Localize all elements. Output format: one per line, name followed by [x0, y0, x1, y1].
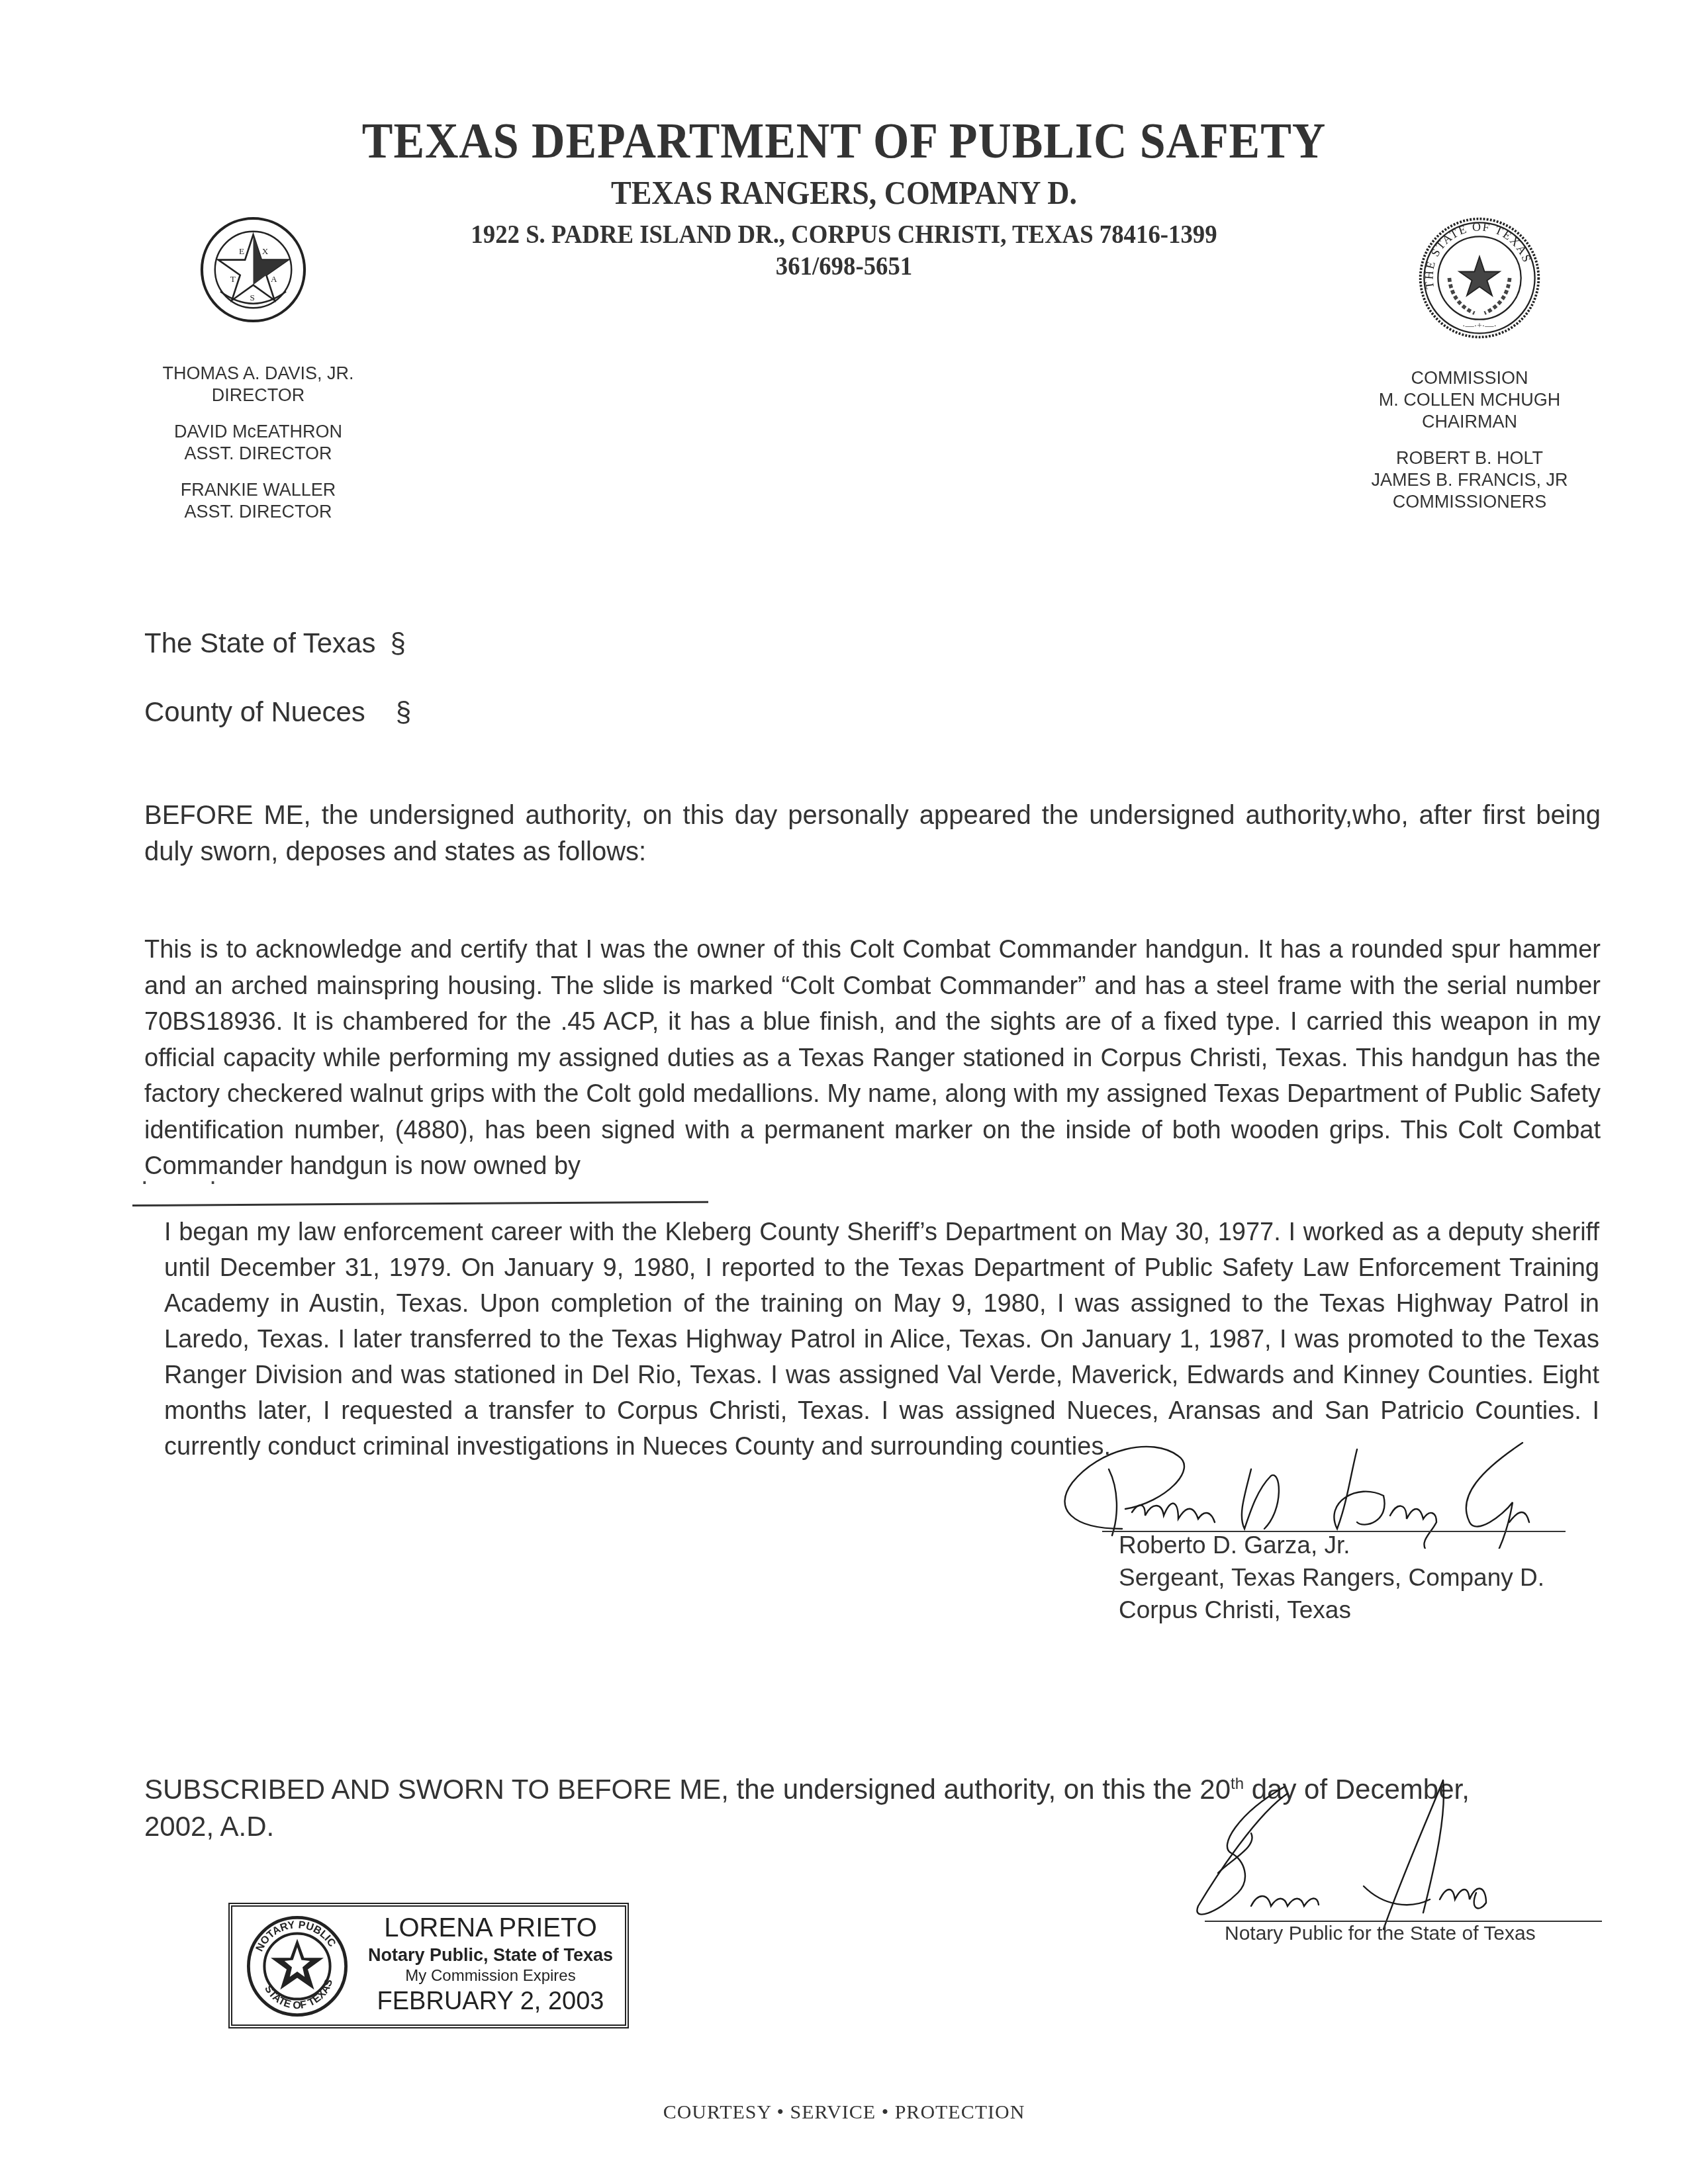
staff-title: ASST. DIRECTOR: [126, 501, 391, 523]
chairman-name: M. COLLEN MCHUGH: [1350, 389, 1589, 411]
paste-cut-line: [132, 1201, 708, 1206]
company-title: TEXAS RANGERS, COMPANY D.: [68, 173, 1620, 212]
affiant-name: Roberto D. Garza, Jr.: [1119, 1529, 1544, 1561]
staff-title: ASST. DIRECTOR: [126, 443, 391, 465]
section-mark: §: [396, 696, 411, 728]
svg-text:X: X: [262, 246, 269, 256]
staff-asst-director: FRANKIE WALLER ASST. DIRECTOR: [126, 479, 391, 523]
footer-motto: COURTESY • SERVICE • PROTECTION: [0, 2101, 1688, 2124]
notary-name: LORENA PRIETO: [358, 1912, 623, 1944]
svg-text:·—·+·—·: ·—·+·—·: [1462, 320, 1497, 330]
affiant-title: Sergeant, Texas Rangers, Company D.: [1119, 1561, 1544, 1594]
svg-text:A: A: [271, 274, 277, 284]
section-mark: §: [390, 627, 405, 659]
commissioners: ROBERT B. HOLT JAMES B. FRANCIS, JR COMM…: [1350, 447, 1589, 513]
staff-name: FRANKIE WALLER: [126, 479, 391, 501]
notary-seal-icon: NOTARY PUBLIC STATE OF TEXAS: [244, 1913, 350, 2019]
leadership-list: THOMAS A. DAVIS, JR. DIRECTOR DAVID McEA…: [126, 363, 391, 537]
staff-name: DAVID McEATHRON: [126, 421, 391, 443]
commissioner-name: JAMES B. FRANCIS, JR: [1350, 469, 1589, 491]
caption-state: The State of Texas§: [144, 627, 406, 659]
stamp-text: LORENA PRIETO Notary Public, State of Te…: [358, 1912, 623, 2017]
commission-heading: COMMISSION: [1350, 367, 1589, 389]
affiant-signature-block: Roberto D. Garza, Jr. Sergeant, Texas Ra…: [1119, 1529, 1544, 1626]
state-of-texas-seal-icon: THE STATE OF TEXAS ·—·+·—·: [1417, 215, 1542, 341]
caption-county-text: County of Nueces: [144, 696, 365, 727]
notary-signature-caption: Notary Public for the State of Texas: [1225, 1923, 1536, 1945]
commissioners-title: COMMISSIONERS: [1350, 491, 1589, 513]
notary-stamp: NOTARY PUBLIC STATE OF TEXAS LORENA PRIE…: [228, 1903, 629, 2028]
staff-title: DIRECTOR: [126, 385, 391, 406]
signature-line: [1205, 1921, 1602, 1922]
commissioner-name: ROBERT B. HOLT: [1350, 447, 1589, 469]
notary-title: Notary Public, State of Texas: [358, 1944, 623, 1966]
commission-expires-date: FEBRUARY 2, 2003: [358, 1986, 623, 2017]
career-paragraph: I began my law enforcement career with t…: [164, 1214, 1599, 1465]
dps-seal-icon: E X T A S: [199, 215, 308, 324]
staff-director: THOMAS A. DAVIS, JR. DIRECTOR: [126, 363, 391, 406]
handwritten-signature-icon: [1178, 1774, 1602, 1936]
caption-county: County of Nueces§: [144, 696, 411, 728]
svg-text:E: E: [239, 246, 244, 256]
caption-state-text: The State of Texas: [144, 627, 375, 659]
jurat-prefix: SUBSCRIBED AND SWORN TO BEFORE ME, the u…: [144, 1774, 1199, 1805]
commission-chairman: COMMISSION M. COLLEN MCHUGH CHAIRMAN: [1350, 367, 1589, 433]
certification-paragraph: This is to acknowledge and certify that …: [144, 932, 1601, 1185]
svg-text:S: S: [250, 293, 255, 302]
intro-paragraph: BEFORE ME, the undersigned authority, on…: [144, 797, 1601, 870]
svg-text:T: T: [230, 274, 236, 284]
chairman-title: CHAIRMAN: [1350, 411, 1589, 433]
staff-name: THOMAS A. DAVIS, JR.: [126, 363, 391, 385]
commission-list: COMMISSION M. COLLEN MCHUGH CHAIRMAN ROB…: [1350, 367, 1589, 527]
agency-title: TEXAS DEPARTMENT OF PUBLIC SAFETY: [68, 113, 1620, 170]
staff-asst-director: DAVID McEATHRON ASST. DIRECTOR: [126, 421, 391, 465]
commission-expires-label: My Commission Expires: [358, 1966, 623, 1986]
cut-text-fragment: · ·: [140, 1168, 244, 1197]
affiant-location: Corpus Christi, Texas: [1119, 1594, 1544, 1626]
